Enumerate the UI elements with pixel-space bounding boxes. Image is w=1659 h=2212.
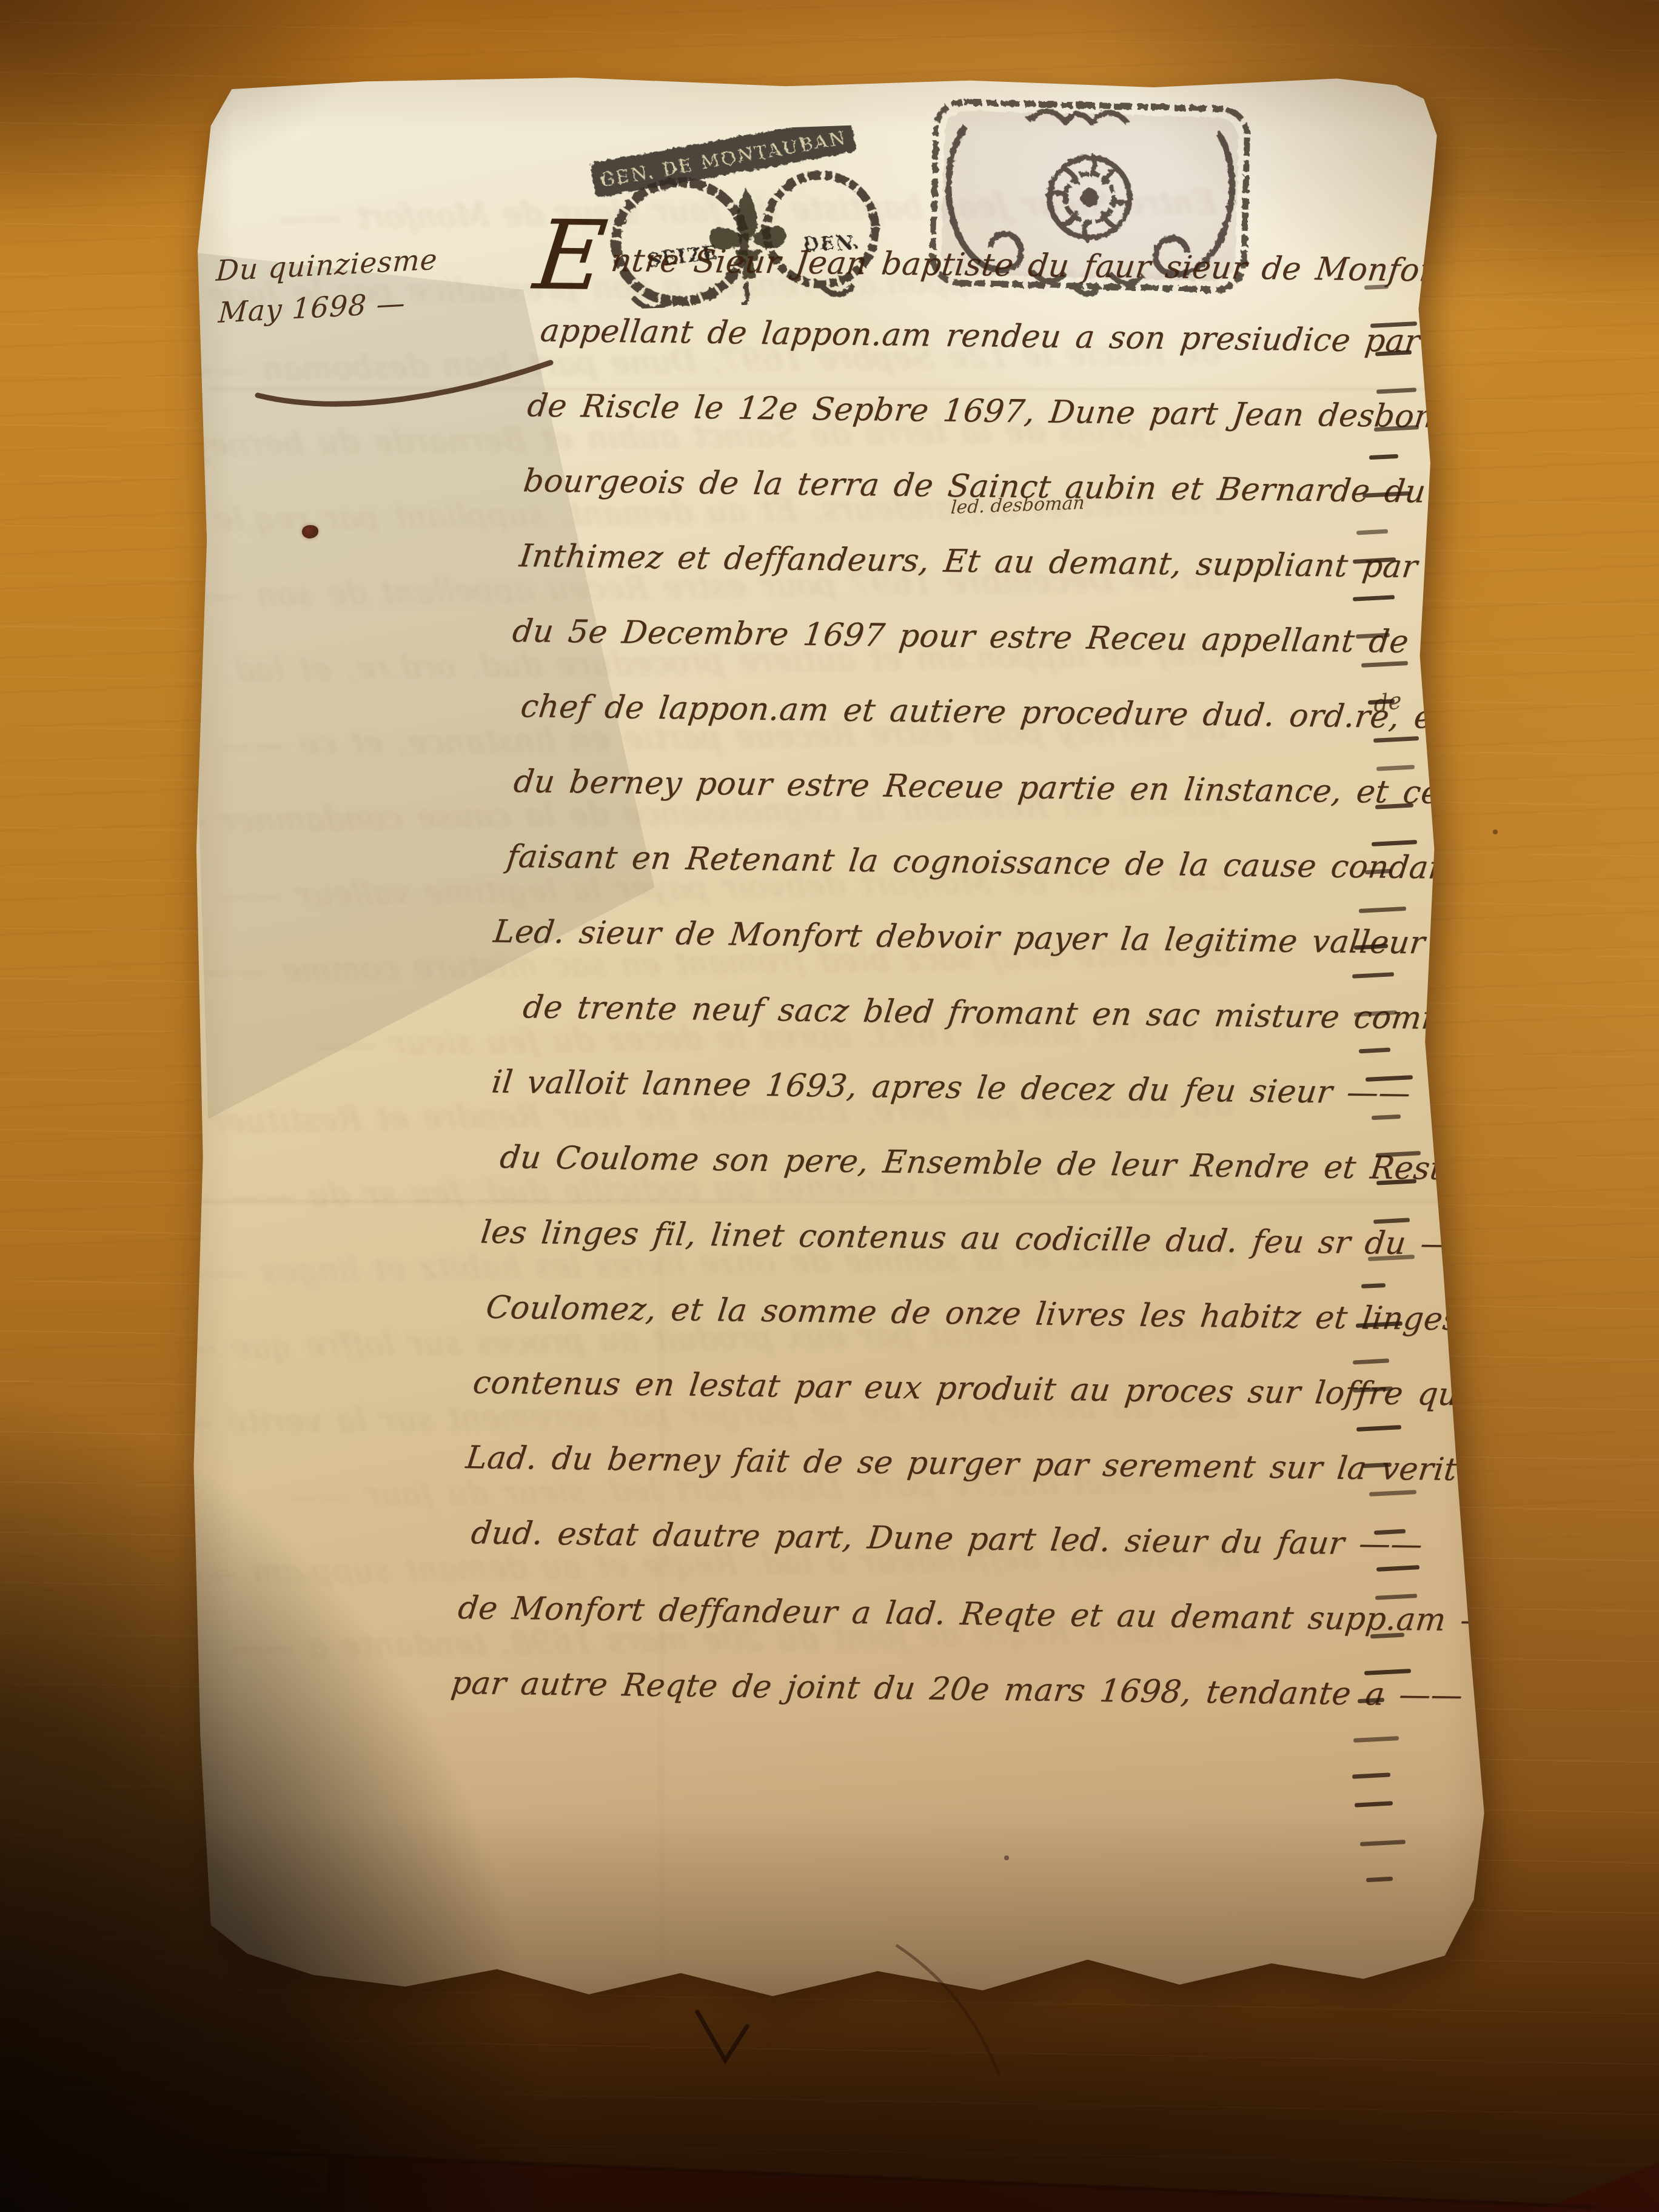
manuscript-line: appellant de lappon.am rendeu a son pres… xyxy=(534,313,1464,399)
initial-capital: E xyxy=(529,200,612,312)
manuscript-page: Entre Sieur Jean baptiste du faur sieur … xyxy=(182,78,1495,2006)
manuscript-body: Entre Sieur Jean baptiste du faur sieur … xyxy=(449,236,1461,1752)
manuscript-line: dud. estat dautre part, Dune part led. s… xyxy=(464,1515,1449,1602)
manuscript-line: Coulomez, et la somme de onze livres les… xyxy=(480,1290,1452,1376)
manuscript-line: chef de lappon.am et autiere procedure d… xyxy=(514,688,1460,775)
manuscript-line: de trente neuf sacz bled fromant en sac … xyxy=(517,989,1456,1076)
manuscript-line: Lad. du berney fait de se purger par ser… xyxy=(460,1439,1450,1527)
table-edge-seam xyxy=(230,2151,1595,2207)
manuscript-line: les linges fil, linet contenus au codici… xyxy=(474,1214,1453,1301)
manuscript-line: Led. sieur de Monfort debvoir payer la l… xyxy=(487,914,1456,1000)
manuscript-line: du Coulome son pere, Ensemble de leur Re… xyxy=(494,1139,1454,1226)
wood-speck xyxy=(1493,829,1498,834)
manuscript-line: il valloit lannee 1693, apres le decez d… xyxy=(485,1064,1455,1151)
manuscript-line: faisant en Retenant la cognoissance de l… xyxy=(500,839,1458,925)
floor-corner xyxy=(1534,2162,1659,2212)
manuscript-line: Inthimez et deffandeurs, Et au demant, s… xyxy=(513,538,1461,625)
manuscript-line: du 5e Decembre 1697 pour estre Receu app… xyxy=(506,613,1460,700)
v-scratch-mark xyxy=(697,2012,747,2060)
manuscript-line: contenus en lestat par eux produit au pr… xyxy=(466,1364,1451,1452)
manuscript-line: de Riscle le 12e Sepbre 1697, Dune part … xyxy=(521,387,1463,474)
manuscript-line: de Monfort deffandeur a lad. Reqte et au… xyxy=(452,1590,1449,1677)
manuscript-line: par autre Reqte de joint du 20e mars 169… xyxy=(444,1665,1447,1752)
manuscript-line: Entre Sieur Jean baptiste du faur sieur … xyxy=(529,237,1465,324)
floor xyxy=(327,2156,1659,2212)
photo-scene: Entre Sieur Jean baptiste du faur sieur … xyxy=(0,0,1659,2212)
manuscript-line: du berney pour estre Receue partie en li… xyxy=(507,763,1458,850)
